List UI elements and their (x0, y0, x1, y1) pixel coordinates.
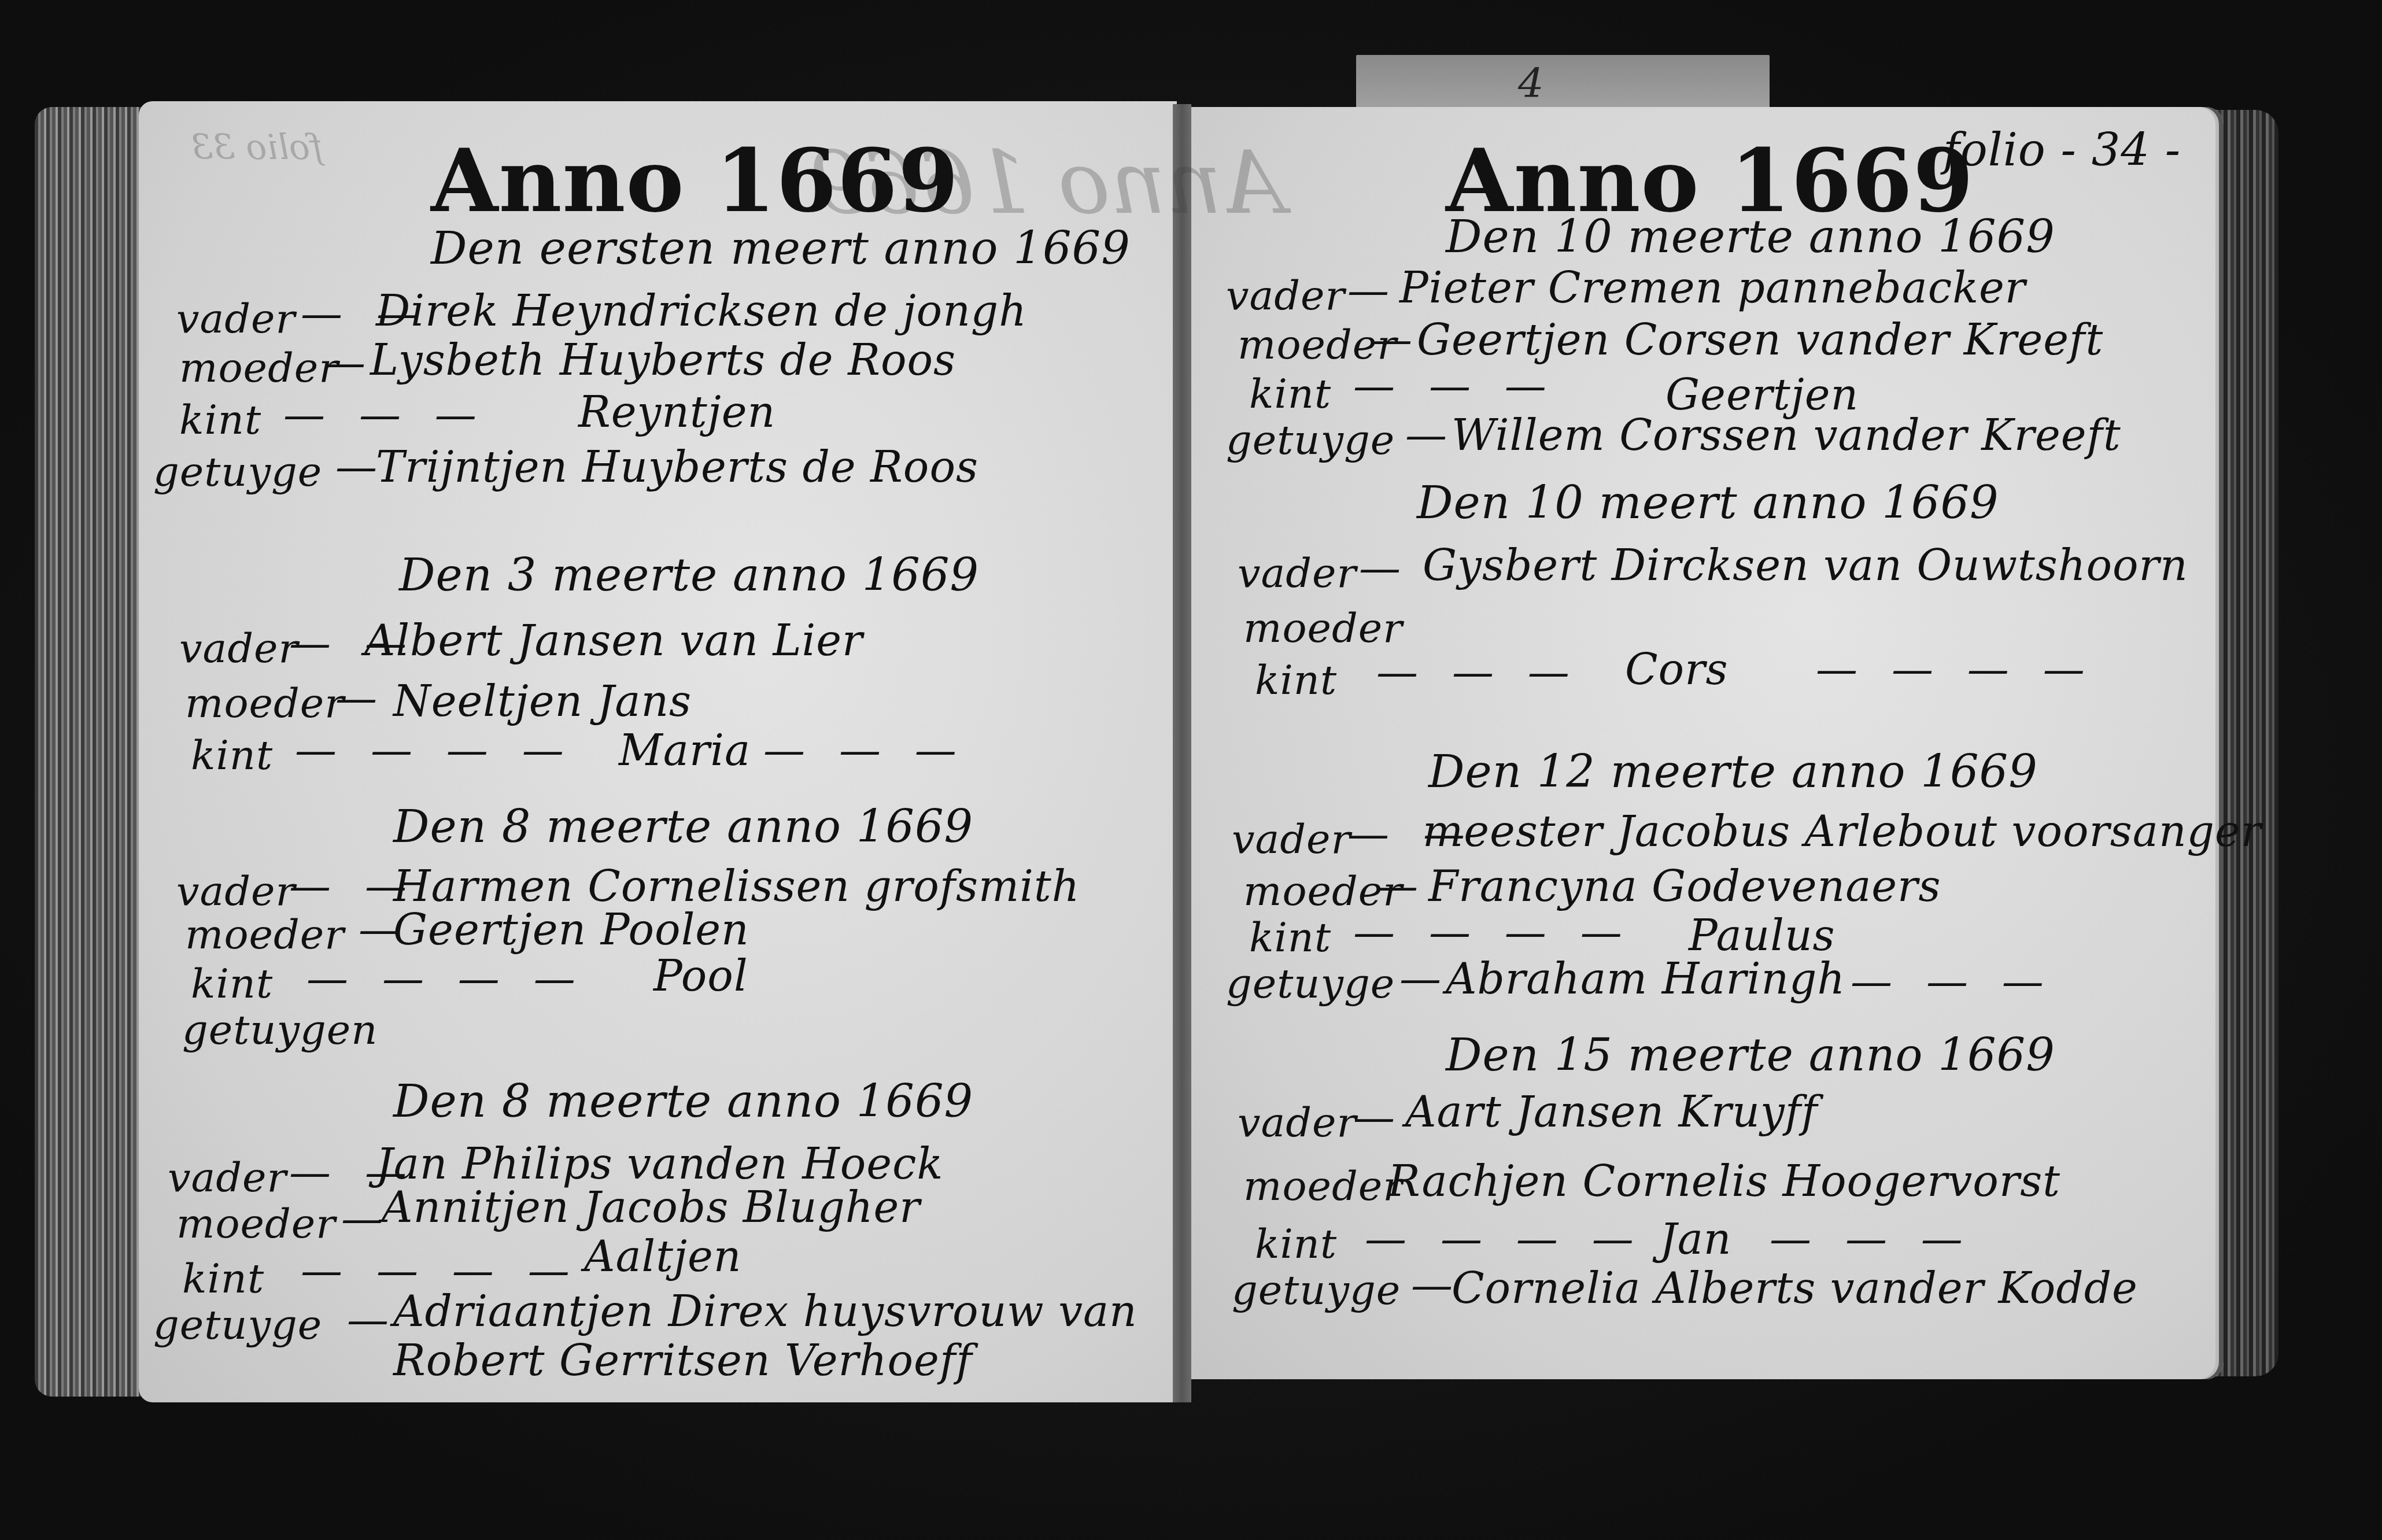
dash-separator: — — — (1353, 361, 1557, 410)
label-kint: kint (182, 1255, 264, 1302)
entry-date: Den 8 meerte anno 1669 (393, 801, 973, 853)
mother-name: Neeltjen Jans (393, 677, 692, 726)
label-kint: kint (191, 732, 273, 779)
child-name: Paulus (1689, 911, 1836, 961)
child-name: Jan (1660, 1214, 1731, 1264)
witness-name: Adriaantjen Direx huysvrouw van (393, 1287, 1138, 1336)
entry-date: Den 3 meerte anno 1669 (399, 549, 979, 601)
folio-number: folio - 34 - (1943, 124, 2181, 176)
father-name: Jan Philips vanden Hoeck (376, 1139, 943, 1189)
dash-separator: — (347, 1295, 399, 1344)
father-name: Harmen Cornelissen grofsmith (393, 862, 1080, 911)
witness-name: Willem Corssen vander Kreeft (1452, 411, 2121, 460)
dash-separator: — (1405, 411, 1457, 459)
father-name: Gysbert Dircksen van Ouwtshoorn (1423, 541, 2188, 590)
book-edge-right (2215, 110, 2278, 1376)
witness-name-continued: Robert Gerritsen Verhoeff (393, 1336, 973, 1386)
witness-name: Abraham Haringh (1446, 954, 1845, 1004)
mother-name: Lysbeth Huyberts de Roos (370, 335, 956, 385)
child-name: Cors (1625, 645, 1729, 695)
father-name: meester Jacobus Arlebout voorsanger (1423, 807, 2262, 856)
dash-separator: — (335, 674, 387, 722)
label-getuyge: getuyge (1232, 1266, 1401, 1314)
entry-date: Den 10 meert anno 1669 (1417, 477, 1999, 529)
label-kint: kint (179, 396, 261, 444)
label-moeder: moeder (1243, 1162, 1403, 1210)
witness-name: Trijntjen Huyberts de Roos (376, 442, 978, 492)
dash-separator: — (1347, 266, 1399, 315)
mother-name: Annitjen Jacobs Blugher (382, 1183, 921, 1232)
dash-separator: — (1371, 315, 1423, 364)
label-moeder: moeder (176, 1200, 336, 1247)
label-kint: kint (1255, 656, 1337, 704)
dash-separator: — — — (1770, 1214, 1973, 1263)
witness-name: Cornelia Alberts vander Kodde (1452, 1264, 2138, 1313)
entry-date: Den 10 meerte anno 1669 (1446, 211, 2055, 263)
dash-separator: — — — (763, 726, 967, 774)
label-vader: vader (1232, 815, 1351, 863)
book-gutter (1173, 104, 1191, 1402)
dash-separator: — (324, 338, 376, 387)
dash-separator: — (1399, 954, 1452, 1003)
entry-date: Den 12 meerte anno 1669 (1428, 746, 2038, 798)
dash-separator: — (1359, 544, 1411, 592)
label-kint: kint (1249, 370, 1331, 418)
label-getuyge: getuyge (153, 1301, 322, 1349)
label-getuyge: getuyge (153, 448, 322, 496)
label-moeder: moeder (185, 679, 345, 727)
father-name: Pieter Cremen pannebacker (1399, 263, 2026, 313)
dash-separator: — (1376, 862, 1428, 910)
dash-separator: — — — — (1816, 645, 2095, 693)
child-name: Aaltjen (584, 1232, 741, 1282)
father-name: Albert Jansen van Lier (364, 616, 863, 666)
father-name: Aart Jansen Kruyff (1405, 1087, 1818, 1137)
mother-name: Geertjen Corsen vander Kreeft (1417, 315, 2103, 365)
book-edge-left (35, 107, 150, 1397)
label-kint: kint (1255, 1220, 1337, 1268)
mother-name: Francyna Godevenaers (1428, 862, 1941, 911)
label-getuyge: getuyge (1226, 416, 1395, 464)
dash-separator: — — — (283, 390, 487, 439)
label-vader: vader (1238, 1099, 1357, 1146)
label-moeder: moeder (179, 344, 339, 392)
label-vader: vader (176, 295, 296, 342)
child-name: Reyntjen (578, 387, 775, 437)
dash-separator: — — — — (1365, 1214, 1644, 1263)
entry-date: Den 8 meerte anno 1669 (393, 1076, 973, 1128)
label-vader: vader (1238, 549, 1357, 597)
dash-separator: — — — (1376, 648, 1580, 696)
label-moeder: moeder (185, 911, 345, 958)
left-page-header: Anno 1669 (431, 130, 959, 232)
label-kint: kint (1249, 914, 1331, 961)
label-vader: vader (168, 1154, 287, 1201)
dash-separator: — (1353, 1093, 1405, 1142)
bleed-through-folio: folio 33 (191, 127, 323, 168)
child-name: Pool (653, 951, 748, 1001)
label-moeder: moeder (1243, 604, 1403, 652)
label-vader: vader (176, 867, 296, 915)
entry-date: Den eersten meert anno 1669 (431, 223, 1131, 275)
dash-separator: — — — — (1353, 908, 1633, 957)
label-getuygen: getuygen (182, 1006, 378, 1054)
dash-separator: — — — (1851, 957, 2054, 1006)
dash-separator: — — — — (306, 954, 586, 1003)
dash-separator: — — — — (295, 726, 574, 774)
mother-name: Geertjen Poolen (393, 905, 749, 955)
child-name: Maria (619, 726, 751, 775)
entry-date: Den 15 meerte anno 1669 (1446, 1029, 2055, 1081)
label-kint: kint (191, 960, 273, 1007)
label-vader: vader (1226, 272, 1345, 319)
archive-tab-number: 4 (1518, 60, 1544, 107)
label-vader: vader (179, 625, 298, 672)
father-name: Direk Heyndricksen de jongh (376, 286, 1027, 336)
mother-name: Rachjen Cornelis Hoogervorst (1388, 1157, 2060, 1206)
label-getuyge: getuyge (1226, 960, 1395, 1007)
